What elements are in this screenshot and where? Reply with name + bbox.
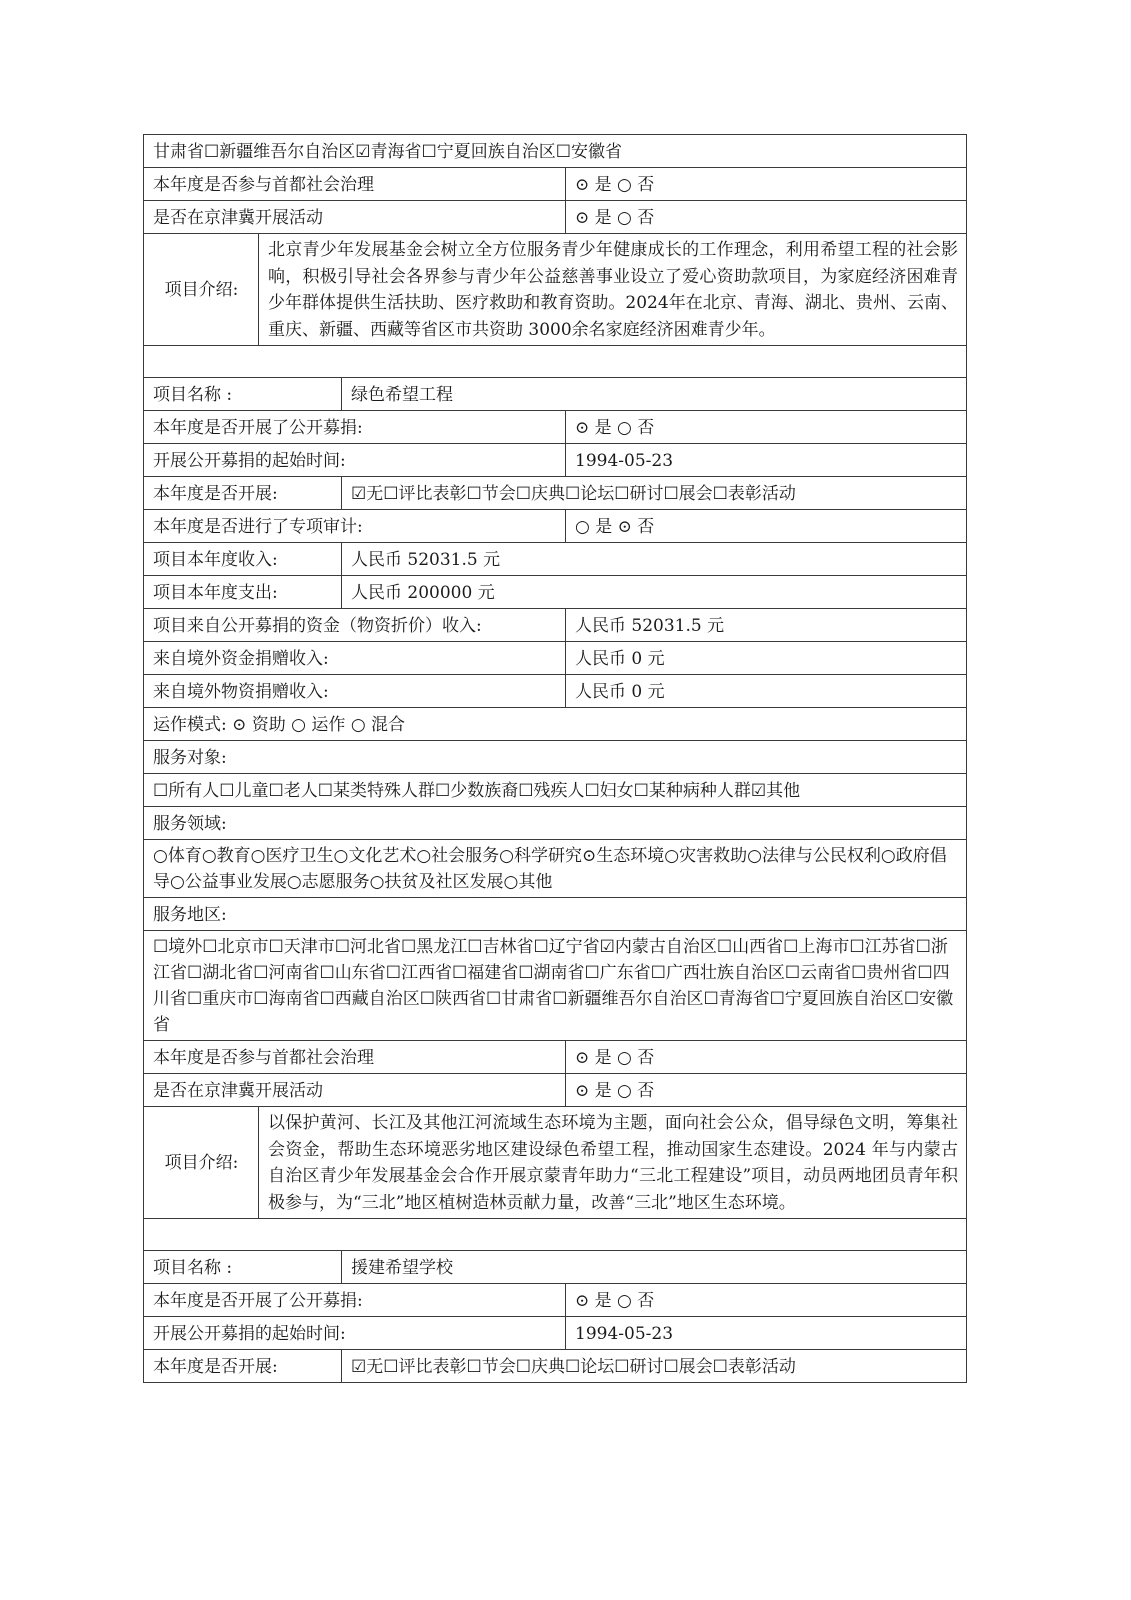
- foreign-funds-row: 来自境外资金捐赠收入: 人民币 0 元: [144, 642, 967, 675]
- operation-mode-row: 运作模式: ⊙ 资助 ○ 运作 ○ 混合: [144, 708, 967, 741]
- public-fundraising-label: 本年度是否开展了公开募捐:: [144, 411, 566, 444]
- income-label: 项目本年度收入:: [144, 543, 342, 576]
- service-fields-row: ○体育○教育○医疗卫生○文化艺术○社会服务○科学研究⊙生态环境○灾害救助○法律与…: [144, 840, 967, 898]
- service-regions-checkboxes[interactable]: ☐境外☐北京市☐天津市☐河北省☐黑龙江☐吉林省☐辽宁省☑内蒙古自治区☐山西省☐上…: [144, 931, 967, 1041]
- public-income-value: 人民币 52031.5 元: [566, 609, 967, 642]
- service-regions-label-row: 服务地区:: [144, 898, 967, 931]
- intro-label: 项目介绍:: [144, 1107, 259, 1219]
- fundraising-start-value: 1994-05-23: [566, 1317, 967, 1350]
- fundraising-start-label: 开展公开募捐的起始时间:: [144, 1317, 566, 1350]
- foreign-funds-value: 人民币 0 元: [566, 642, 967, 675]
- foreign-goods-label: 来自境外物资捐赠收入:: [144, 675, 566, 708]
- jingjinji-label: 是否在京津冀开展活动: [144, 201, 566, 234]
- operation-mode-radio[interactable]: 运作模式: ⊙ 资助 ○ 运作 ○ 混合: [144, 708, 967, 741]
- intro-label: 项目介绍:: [144, 234, 259, 346]
- expense-value: 人民币 200000 元: [342, 576, 967, 609]
- activities-row: 本年度是否开展: ☑无☐评比表彰☐节会☐庆典☐论坛☐研讨☐展会☐表彰活动: [144, 1350, 967, 1383]
- service-regions-label: 服务地区:: [144, 898, 967, 931]
- service-targets-label-row: 服务对象:: [144, 741, 967, 774]
- service-targets-label: 服务对象:: [144, 741, 967, 774]
- spacer-row: [144, 1219, 967, 1251]
- spacer-cell: [144, 1219, 967, 1251]
- public-fundraising-row: 本年度是否开展了公开募捐: ⊙ 是 ○ 否: [144, 411, 967, 444]
- spacer-row: [144, 346, 967, 378]
- service-targets-row: ☐所有人☐儿童☐老人☐某类特殊人群☐少数族裔☐残疾人☐妇女☐某种病种人群☑其他: [144, 774, 967, 807]
- public-fundraising-label: 本年度是否开展了公开募捐:: [144, 1284, 566, 1317]
- capital-governance-label: 本年度是否参与首都社会治理: [144, 1041, 566, 1074]
- special-audit-label: 本年度是否进行了专项审计:: [144, 510, 566, 543]
- jingjinji-row: 是否在京津冀开展活动 ⊙ 是 ○ 否: [144, 201, 967, 234]
- service-regions-row: ☐境外☐北京市☐天津市☐河北省☐黑龙江☐吉林省☐辽宁省☑内蒙古自治区☐山西省☐上…: [144, 931, 967, 1041]
- public-income-label: 项目来自公开募捐的资金（物资折价）收入:: [144, 609, 566, 642]
- service-fields-radios[interactable]: ○体育○教育○医疗卫生○文化艺术○社会服务○科学研究⊙生态环境○灾害救助○法律与…: [144, 840, 967, 898]
- service-fields-label: 服务领域:: [144, 807, 967, 840]
- foreign-goods-row: 来自境外物资捐赠收入: 人民币 0 元: [144, 675, 967, 708]
- activities-checkboxes[interactable]: ☑无☐评比表彰☐节会☐庆典☐论坛☐研讨☐展会☐表彰活动: [342, 1350, 967, 1383]
- jingjinji-row: 是否在京津冀开展活动 ⊙ 是 ○ 否: [144, 1074, 967, 1107]
- capital-governance-row: 本年度是否参与首都社会治理 ⊙ 是 ○ 否: [144, 168, 967, 201]
- service-regions-tail-row: 甘肃省☐新疆维吾尔自治区☑青海省☐宁夏回族自治区☐安徽省: [144, 135, 967, 168]
- public-income-row: 项目来自公开募捐的资金（物资折价）收入: 人民币 52031.5 元: [144, 609, 967, 642]
- service-fields-label-row: 服务领域:: [144, 807, 967, 840]
- fundraising-start-row: 开展公开募捐的起始时间: 1994-05-23: [144, 444, 967, 477]
- service-targets-checkboxes[interactable]: ☐所有人☐儿童☐老人☐某类特殊人群☐少数族裔☐残疾人☐妇女☐某种病种人群☑其他: [144, 774, 967, 807]
- activities-checkboxes[interactable]: ☑无☐评比表彰☐节会☐庆典☐论坛☐研讨☐展会☐表彰活动: [342, 477, 967, 510]
- project-info-table: 甘肃省☐新疆维吾尔自治区☑青海省☐宁夏回族自治区☐安徽省 本年度是否参与首都社会…: [143, 134, 967, 1383]
- service-regions-tail: 甘肃省☐新疆维吾尔自治区☑青海省☐宁夏回族自治区☐安徽省: [144, 135, 967, 168]
- income-value: 人民币 52031.5 元: [342, 543, 967, 576]
- project-name-value: 绿色希望工程: [342, 378, 967, 411]
- capital-governance-label: 本年度是否参与首都社会治理: [144, 168, 566, 201]
- project-name-label: 项目名称 :: [144, 378, 342, 411]
- jingjinji-radio[interactable]: ⊙ 是 ○ 否: [566, 201, 967, 234]
- foreign-funds-label: 来自境外资金捐赠收入:: [144, 642, 566, 675]
- public-fundraising-row: 本年度是否开展了公开募捐: ⊙ 是 ○ 否: [144, 1284, 967, 1317]
- intro-text: 北京青少年发展基金会树立全方位服务青少年健康成长的工作理念，利用希望工程的社会影…: [259, 234, 967, 346]
- project-name-row: 项目名称 : 绿色希望工程: [144, 378, 967, 411]
- expense-row: 项目本年度支出: 人民币 200000 元: [144, 576, 967, 609]
- project-name-label: 项目名称 :: [144, 1251, 342, 1284]
- jingjinji-radio[interactable]: ⊙ 是 ○ 否: [566, 1074, 967, 1107]
- special-audit-radio[interactable]: ○ 是 ⊙ 否: [566, 510, 967, 543]
- project-name-value: 援建希望学校: [342, 1251, 967, 1284]
- project-name-row: 项目名称 : 援建希望学校: [144, 1251, 967, 1284]
- jingjinji-label: 是否在京津冀开展活动: [144, 1074, 566, 1107]
- public-fundraising-radio[interactable]: ⊙ 是 ○ 否: [566, 1284, 967, 1317]
- document-page: 甘肃省☐新疆维吾尔自治区☑青海省☐宁夏回族自治区☐安徽省 本年度是否参与首都社会…: [143, 134, 966, 1383]
- fundraising-start-value: 1994-05-23: [566, 444, 967, 477]
- activities-label: 本年度是否开展:: [144, 477, 342, 510]
- fundraising-start-row: 开展公开募捐的起始时间: 1994-05-23: [144, 1317, 967, 1350]
- expense-label: 项目本年度支出:: [144, 576, 342, 609]
- intro-row: 项目介绍: 以保护黄河、长江及其他江河流域生态环境为主题，面向社会公众，倡导绿色…: [144, 1107, 967, 1219]
- capital-governance-row: 本年度是否参与首都社会治理 ⊙ 是 ○ 否: [144, 1041, 967, 1074]
- capital-governance-radio[interactable]: ⊙ 是 ○ 否: [566, 168, 967, 201]
- activities-row: 本年度是否开展: ☑无☐评比表彰☐节会☐庆典☐论坛☐研讨☐展会☐表彰活动: [144, 477, 967, 510]
- activities-label: 本年度是否开展:: [144, 1350, 342, 1383]
- spacer-cell: [144, 346, 967, 378]
- fundraising-start-label: 开展公开募捐的起始时间:: [144, 444, 566, 477]
- foreign-goods-value: 人民币 0 元: [566, 675, 967, 708]
- capital-governance-radio[interactable]: ⊙ 是 ○ 否: [566, 1041, 967, 1074]
- public-fundraising-radio[interactable]: ⊙ 是 ○ 否: [566, 411, 967, 444]
- income-row: 项目本年度收入: 人民币 52031.5 元: [144, 543, 967, 576]
- special-audit-row: 本年度是否进行了专项审计: ○ 是 ⊙ 否: [144, 510, 967, 543]
- intro-text: 以保护黄河、长江及其他江河流域生态环境为主题，面向社会公众，倡导绿色文明，筹集社…: [259, 1107, 967, 1219]
- intro-row: 项目介绍: 北京青少年发展基金会树立全方位服务青少年健康成长的工作理念，利用希望…: [144, 234, 967, 346]
